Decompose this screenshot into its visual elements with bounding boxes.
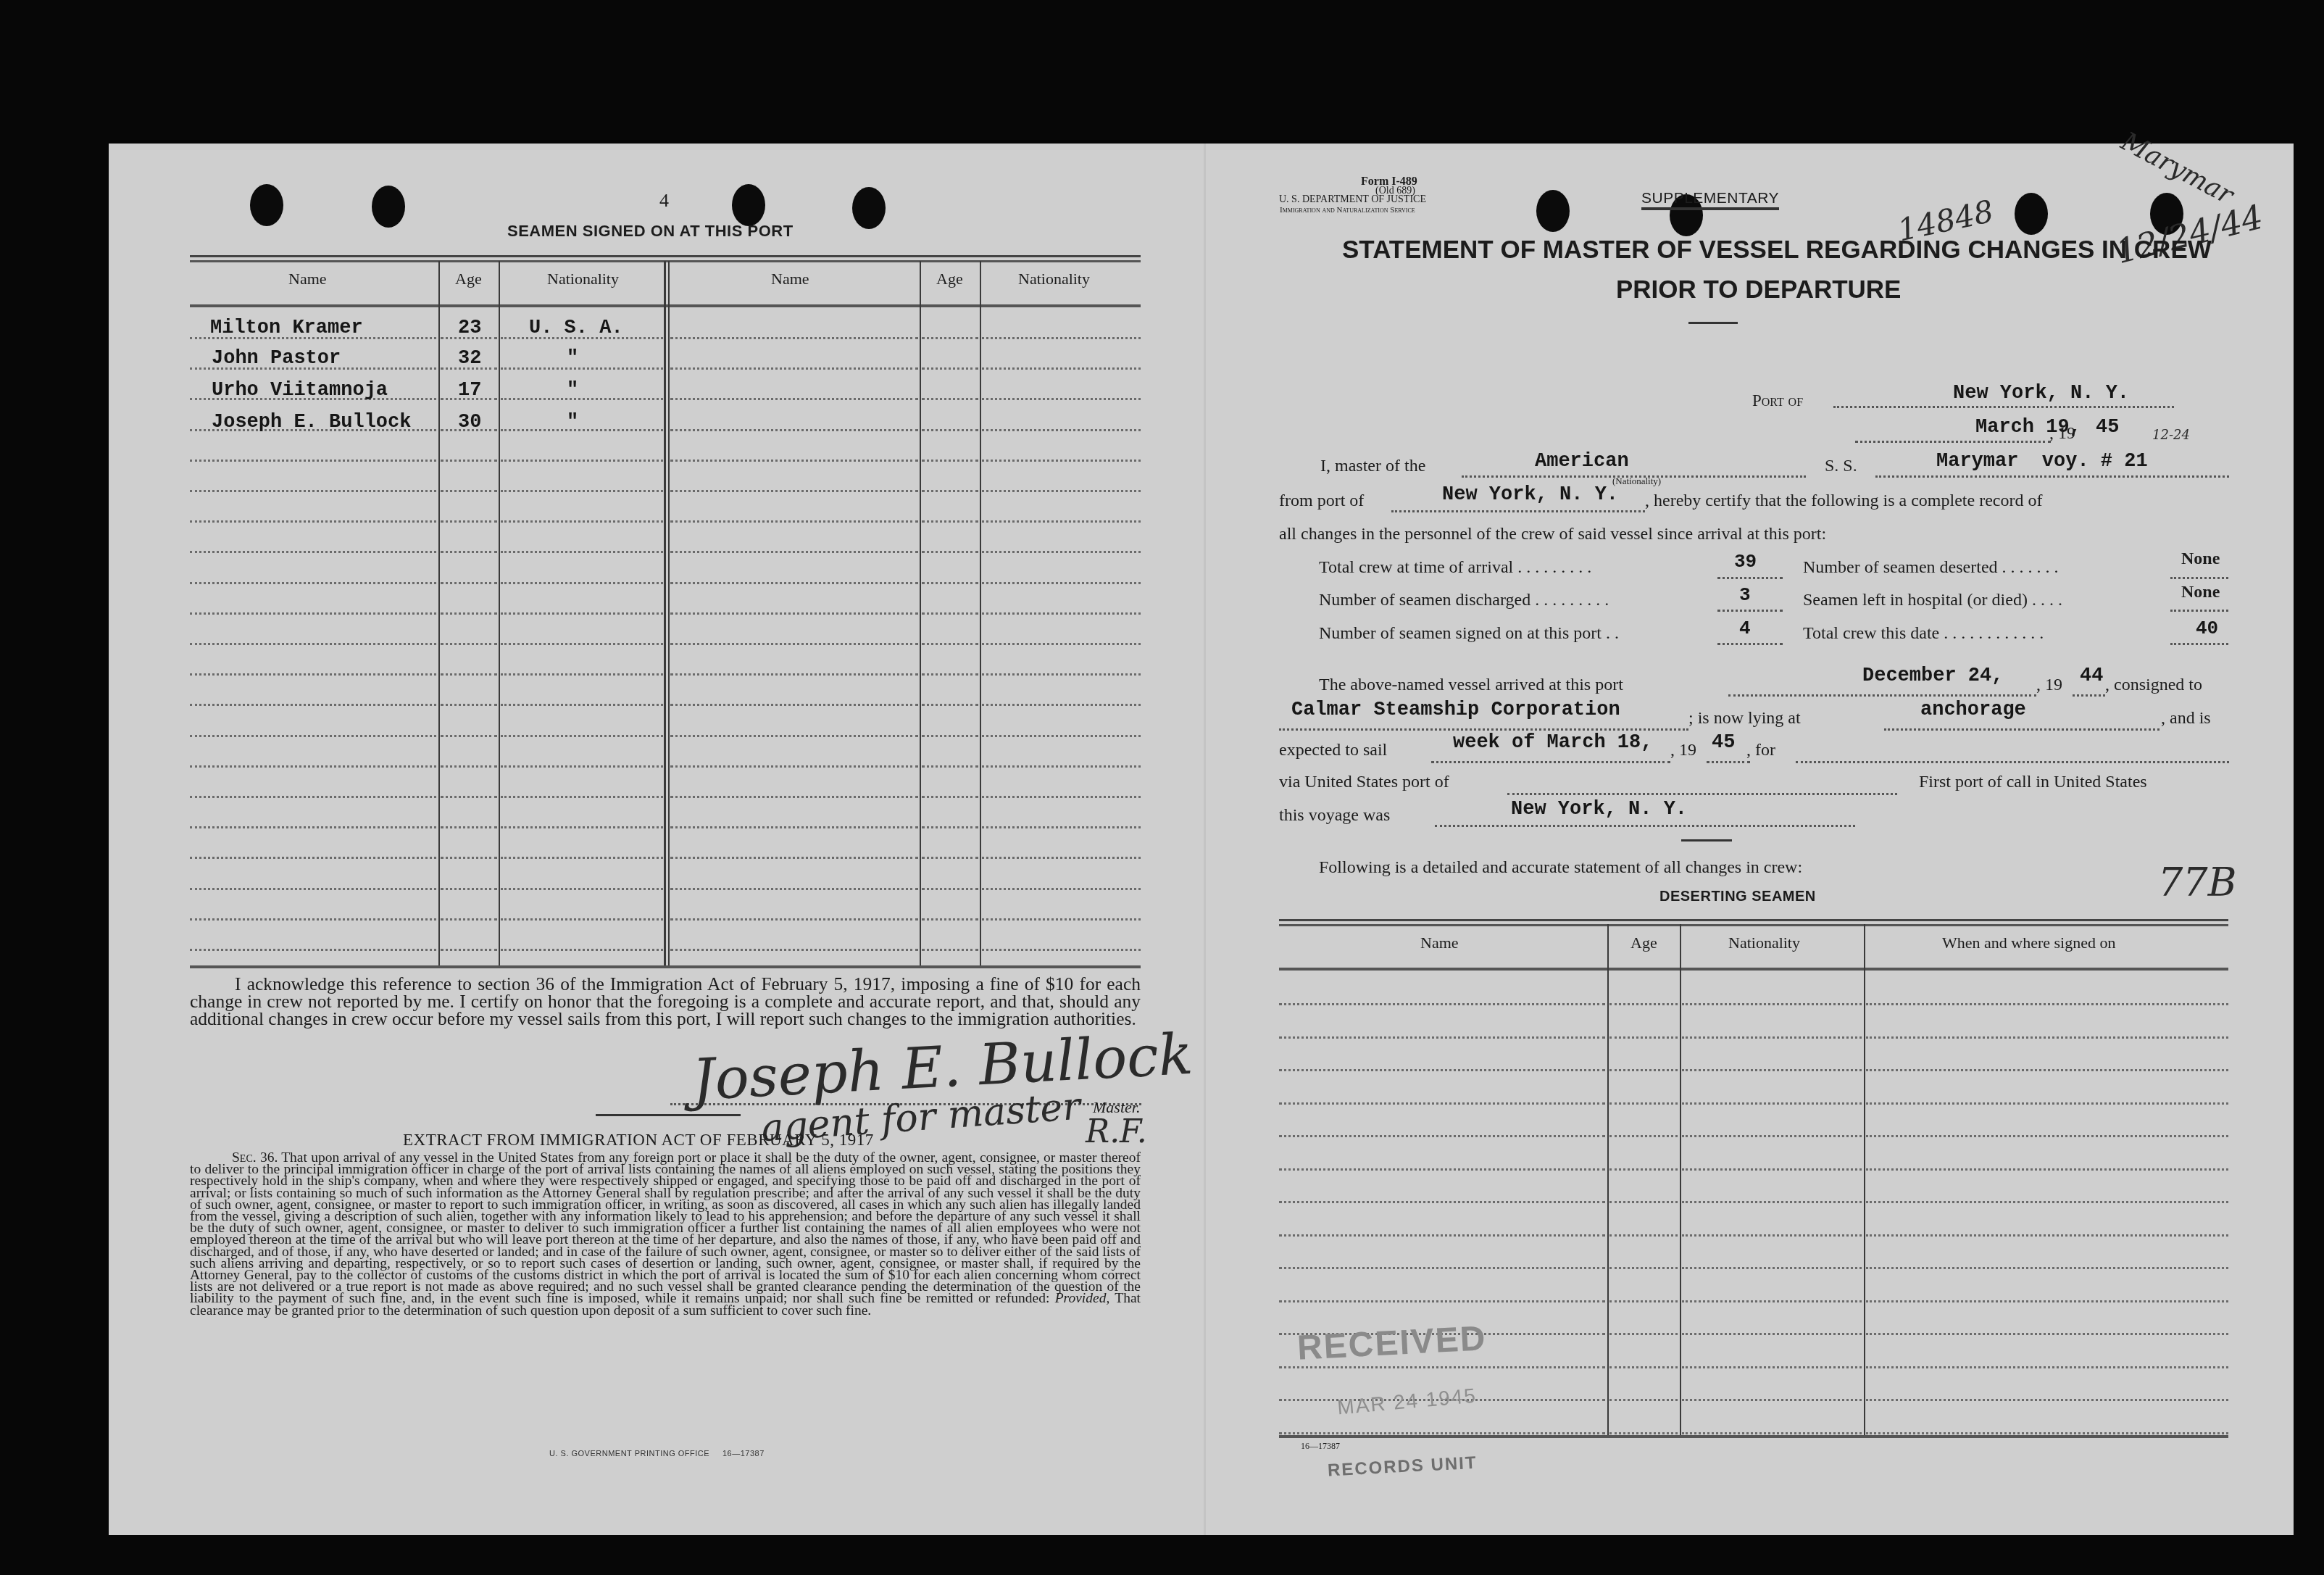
row-rule <box>1682 1366 1862 1368</box>
row-rule <box>922 735 978 737</box>
supplementary-label: SUPPLEMENTARY <box>1641 190 1779 210</box>
row-rule <box>922 337 978 339</box>
extract-text: Sec. 36. That upon arrival of any vessel… <box>190 1152 1141 1317</box>
punch-hole <box>372 186 405 228</box>
row-rule <box>982 704 1141 706</box>
row-rule <box>1866 1300 2228 1302</box>
row-rule <box>501 796 663 798</box>
row-rule <box>441 735 497 737</box>
row-rule <box>501 582 663 584</box>
row-rule <box>1609 1432 1678 1434</box>
table-bottom-rule <box>190 965 1141 968</box>
row-rule <box>982 520 1141 523</box>
row-rule <box>982 826 1141 828</box>
port-label: Port of <box>1752 391 1803 410</box>
row-rule <box>670 551 918 553</box>
row-rule <box>190 888 436 890</box>
column-divider <box>668 261 670 965</box>
year-prefix: , 19 <box>2049 424 2075 444</box>
stat-label-deserted: Number of seamen deserted . . . . . . . <box>1803 558 2059 578</box>
row-rule <box>1609 1168 1678 1171</box>
row-rule <box>441 582 497 584</box>
row-rule <box>441 796 497 798</box>
acknowledgement-text: I acknowledge this reference to section … <box>190 976 1141 1028</box>
row-rule <box>1866 1201 2228 1203</box>
seaman-age: 17 <box>458 380 481 402</box>
row-rule <box>501 643 663 645</box>
row-rule <box>1609 1003 1678 1005</box>
and-is-label: , and is <box>2161 709 2211 728</box>
stat-label-hospital: Seamen left in hospital (or died) . . . … <box>1803 591 2062 610</box>
row-rule <box>190 612 436 615</box>
voyage-label: this voyage was <box>1279 806 1390 826</box>
column-divider <box>920 261 921 965</box>
row-rule <box>501 551 663 553</box>
deserting-table-header-rule <box>1279 968 2228 971</box>
row-rule <box>670 673 918 676</box>
row-rule <box>190 460 436 462</box>
signature-initials: R.F. <box>1086 1113 1147 1150</box>
row-rule <box>982 673 1141 676</box>
row-rule <box>922 765 978 768</box>
row-rule <box>501 826 663 828</box>
deserting-col-signed-on: When and where signed on <box>1942 934 2115 952</box>
row-rule <box>1682 1399 1862 1401</box>
row-rule <box>1609 1333 1678 1335</box>
row-rule <box>1682 1003 1862 1005</box>
row-rule <box>922 673 978 676</box>
row-rule <box>441 704 497 706</box>
document-paper <box>109 144 2294 1535</box>
row-rule <box>1609 1399 1678 1401</box>
row-rule <box>441 765 497 768</box>
row-rule <box>1279 1069 1605 1071</box>
row-rule <box>922 918 978 921</box>
row-rule <box>441 551 497 553</box>
following-text: Following is a detailed and accurate sta… <box>1319 858 1802 878</box>
department: U. S. DEPARTMENT OF JUSTICE <box>1279 194 1426 206</box>
row-rule <box>501 888 663 890</box>
stat-label-signed-on: Number of seamen signed on at this port … <box>1319 624 1619 644</box>
nationality-field <box>1462 455 1806 478</box>
row-rule <box>922 857 978 859</box>
row-rule <box>1279 1267 1605 1269</box>
row-rule <box>982 888 1141 890</box>
printer-line: U. S. GOVERNMENT PRINTING OFFICE 16—1738… <box>549 1450 765 1458</box>
vessel-value: Marymar voy. # 21 <box>1936 451 2148 473</box>
row-rule <box>1866 1333 2228 1335</box>
row-rule <box>982 460 1141 462</box>
row-rule <box>1682 1135 1862 1137</box>
port-value: New York, N. Y. <box>1953 383 2129 404</box>
row-rule <box>1866 1135 2228 1137</box>
row-rule <box>441 490 497 492</box>
row-rule <box>922 582 978 584</box>
row-rule <box>982 337 1141 339</box>
row-rule <box>1682 1333 1862 1335</box>
col-header-age: Age <box>455 270 482 288</box>
sail-value: week of March 18, <box>1453 732 1652 754</box>
row-rule <box>670 857 918 859</box>
column-divider <box>664 261 666 965</box>
row-rule <box>190 735 436 737</box>
arrived-label: The above-named vessel arrived at this p… <box>1319 676 1623 695</box>
row-rule <box>1279 1135 1605 1137</box>
lying-value: anchorage <box>1920 699 2026 721</box>
row-rule <box>441 460 497 462</box>
row-rule <box>441 520 497 523</box>
row-rule <box>190 704 436 706</box>
row-rule <box>1609 1234 1678 1237</box>
row-rule <box>441 826 497 828</box>
sail-year-prefix: , 19 <box>1670 741 1696 760</box>
row-rule <box>1279 1201 1605 1203</box>
from-port-label: from port of <box>1279 491 1364 511</box>
seaman-age: 30 <box>458 412 481 433</box>
row-rule <box>670 490 918 492</box>
via-label: via United States port of <box>1279 773 1449 792</box>
row-rule <box>190 857 436 859</box>
row-rule <box>670 337 918 339</box>
row-rule <box>501 367 663 370</box>
row-rule <box>501 490 663 492</box>
row-rule <box>501 520 663 523</box>
sail-year: 45 <box>1712 732 1735 754</box>
row-rule <box>190 949 436 951</box>
row-rule <box>982 490 1141 492</box>
row-rule <box>922 551 978 553</box>
extract-title: EXTRACT FROM IMMIGRATION ACT OF FEBRUARY… <box>403 1131 874 1150</box>
col-header-name-2: Name <box>771 270 809 288</box>
row-rule <box>670 796 918 798</box>
row-rule <box>501 704 663 706</box>
row-rule <box>501 398 663 400</box>
punch-hole <box>1536 190 1570 232</box>
row-rule <box>922 888 978 890</box>
extract-provided: Provided, <box>1055 1291 1110 1306</box>
row-rule <box>501 429 663 431</box>
row-rule <box>922 460 978 462</box>
title-rule <box>1688 322 1738 324</box>
row-rule <box>1682 1201 1862 1203</box>
punch-hole <box>250 184 283 226</box>
row-rule <box>1279 1234 1605 1237</box>
date-margin-note: 12-24 <box>2152 428 2190 443</box>
section-rule <box>1681 839 1732 841</box>
row-rule <box>670 520 918 523</box>
row-rule <box>982 765 1141 768</box>
row-rule <box>982 367 1141 370</box>
row-rule <box>922 429 978 431</box>
row-rule <box>982 949 1141 951</box>
deserting-col-name: Name <box>1420 934 1459 952</box>
row-rule <box>501 460 663 462</box>
consignee-value: Calmar Steamship Corporation <box>1291 699 1620 721</box>
row-rule <box>501 673 663 676</box>
row-rule <box>670 949 918 951</box>
column-divider <box>980 261 981 965</box>
row-rule <box>501 612 663 615</box>
service: Immigration and Naturalization Service <box>1280 206 1415 215</box>
row-rule <box>190 918 436 921</box>
handwritten-code: 77B <box>2158 860 2236 905</box>
row-rule <box>922 796 978 798</box>
row-rule <box>1609 1036 1678 1039</box>
row-rule <box>982 796 1141 798</box>
master-of-label: I, master of the <box>1320 457 1425 476</box>
column-divider <box>1680 924 1681 1435</box>
row-rule <box>1866 1366 2228 1368</box>
stat-value-discharged: 3 <box>1739 584 1751 606</box>
row-rule <box>1866 1102 2228 1105</box>
row-rule <box>670 460 918 462</box>
row-rule <box>1279 1432 1605 1434</box>
row-rule <box>670 765 918 768</box>
row-rule <box>922 612 978 615</box>
page-fold <box>1204 144 1206 1535</box>
punch-hole <box>852 187 886 229</box>
row-rule <box>1866 1036 2228 1039</box>
row-rule <box>982 918 1141 921</box>
row-rule <box>1279 1300 1605 1302</box>
row-rule <box>1609 1201 1678 1203</box>
stat-value-total: 40 <box>2196 618 2218 639</box>
stat-value-deserted: None <box>2181 549 2220 569</box>
row-rule <box>1609 1267 1678 1269</box>
master-label: Master. <box>1093 1098 1140 1117</box>
arrived-year-prefix: , 19 <box>2036 676 2062 695</box>
ss-label: S. S. <box>1825 457 1857 476</box>
form-title-line1: STATEMENT OF MASTER OF VESSEL REGARDING … <box>1342 236 2212 265</box>
column-divider <box>1864 924 1865 1435</box>
row-rule <box>1279 1168 1605 1171</box>
row-rule <box>1682 1300 1862 1302</box>
punch-hole <box>2015 193 2048 235</box>
row-rule <box>441 888 497 890</box>
stat-value-arrival: 39 <box>1734 551 1757 573</box>
row-rule <box>1682 1168 1862 1171</box>
row-rule <box>1279 1102 1605 1105</box>
row-rule <box>922 520 978 523</box>
divider <box>596 1114 741 1116</box>
deserting-table-bottom-rule <box>1279 1435 2228 1438</box>
voyage-value: New York, N. Y. <box>1511 799 1687 820</box>
stat-value-signed-on: 4 <box>1739 618 1751 639</box>
page-number: 4 <box>659 190 669 212</box>
consigned-label: , consigned to <box>2105 676 2202 695</box>
row-rule <box>1609 1366 1678 1368</box>
row-rule <box>670 398 918 400</box>
row-rule <box>501 918 663 921</box>
col-header-age-2: Age <box>936 270 963 288</box>
seaman-name: John Pastor <box>212 348 341 370</box>
seaman-nationality: " <box>567 412 578 433</box>
section-title-signed-on: SEAMEN SIGNED ON AT THIS PORT <box>507 222 794 241</box>
row-rule <box>1866 1234 2228 1237</box>
row-rule <box>1609 1300 1678 1302</box>
row-rule <box>190 643 436 645</box>
row-rule <box>922 398 978 400</box>
form-code: 16—17387 <box>1301 1441 1340 1452</box>
row-rule <box>441 949 497 951</box>
col-header-name: Name <box>288 270 327 288</box>
seaman-age: 32 <box>458 348 481 370</box>
row-rule <box>501 949 663 951</box>
row-rule <box>1682 1432 1862 1434</box>
row-rule <box>670 918 918 921</box>
row-rule <box>922 367 978 370</box>
deserting-col-nationality: Nationality <box>1728 934 1800 952</box>
row-rule <box>670 735 918 737</box>
row-rule <box>190 551 436 553</box>
stat-label-arrival: Total crew at time of arrival . . . . . … <box>1319 558 1591 578</box>
row-rule <box>982 857 1141 859</box>
row-rule <box>982 429 1141 431</box>
row-rule <box>982 612 1141 615</box>
row-rule <box>1682 1267 1862 1269</box>
lying-label: ; is now lying at <box>1688 709 1801 728</box>
row-rule <box>670 367 918 370</box>
row-rule <box>1609 1102 1678 1105</box>
row-rule <box>1609 1069 1678 1071</box>
punch-hole <box>732 184 765 226</box>
arrived-year: 44 <box>2080 665 2103 687</box>
row-rule <box>1866 1432 2228 1434</box>
row-rule <box>441 643 497 645</box>
first-port-label: First port of call in United States <box>1919 773 2147 792</box>
row-rule <box>1682 1234 1862 1237</box>
row-rule <box>1866 1069 2228 1071</box>
row-rule <box>1682 1102 1862 1105</box>
year-value: 45 <box>2096 417 2119 439</box>
row-rule <box>922 704 978 706</box>
row-rule <box>190 826 436 828</box>
row-rule <box>501 765 663 768</box>
row-rule <box>670 704 918 706</box>
form-title-line2: PRIOR TO DEPARTURE <box>1616 275 1901 304</box>
nationality-value: American <box>1535 451 1629 473</box>
seaman-nationality: " <box>567 348 578 370</box>
deserting-col-age: Age <box>1630 934 1657 952</box>
seaman-name: Joseph E. Bullock <box>212 412 411 433</box>
from-port-value: New York, N. Y. <box>1442 484 1618 506</box>
certify-text-2: all changes in the personnel of the crew… <box>1279 525 1826 544</box>
row-rule <box>1279 1003 1605 1005</box>
deserting-table-top-rule <box>1279 919 2228 926</box>
row-rule <box>1866 1003 2228 1005</box>
row-rule <box>982 582 1141 584</box>
deserting-title: DESERTING SEAMEN <box>1659 889 1816 905</box>
row-rule <box>190 520 436 523</box>
row-rule <box>922 949 978 951</box>
stat-label-total: Total crew this date . . . . . . . . . .… <box>1803 624 2044 644</box>
row-rule <box>1866 1267 2228 1269</box>
row-rule <box>1609 1135 1678 1137</box>
col-header-nationality: Nationality <box>547 270 619 288</box>
row-rule <box>982 398 1141 400</box>
row-rule <box>190 582 436 584</box>
row-rule <box>670 826 918 828</box>
arrived-value: December 24, <box>1862 665 2003 687</box>
seaman-age: 23 <box>458 317 481 339</box>
row-rule <box>190 673 436 676</box>
destination-field[interactable] <box>1796 739 2229 763</box>
row-rule <box>670 888 918 890</box>
row-rule <box>670 582 918 584</box>
row-rule <box>1866 1399 2228 1401</box>
row-rule <box>441 918 497 921</box>
certify-text: , hereby certify that the following is a… <box>1645 491 2042 511</box>
row-rule <box>441 612 497 615</box>
row-rule <box>1682 1069 1862 1071</box>
nationality-caption: (Nationality) <box>1612 475 1661 487</box>
col-header-nationality-2: Nationality <box>1018 270 1090 288</box>
row-rule <box>501 857 663 859</box>
sail-label: expected to sail <box>1279 741 1387 760</box>
seaman-nationality: U. S. A. <box>529 317 623 339</box>
row-rule <box>922 826 978 828</box>
row-rule <box>670 643 918 645</box>
row-rule <box>501 735 663 737</box>
row-rule <box>441 857 497 859</box>
via-port-field[interactable] <box>1507 773 1897 795</box>
row-rule <box>1682 1036 1862 1039</box>
row-rule <box>982 643 1141 645</box>
extract-body: That upon arrival of any vessel in the U… <box>190 1150 1141 1306</box>
column-divider <box>1607 924 1609 1435</box>
row-rule <box>670 429 918 431</box>
seaman-name: Urho Viitamnoja <box>212 380 388 402</box>
row-rule <box>1279 1036 1605 1039</box>
row-rule <box>190 765 436 768</box>
column-divider <box>499 261 500 965</box>
row-rule <box>1866 1168 2228 1171</box>
stat-label-discharged: Number of seamen discharged . . . . . . … <box>1319 591 1609 610</box>
column-divider <box>438 261 440 965</box>
row-rule <box>190 490 436 492</box>
row-rule <box>922 490 978 492</box>
row-rule <box>982 551 1141 553</box>
stat-value-hospital: None <box>2181 583 2220 602</box>
row-rule <box>190 796 436 798</box>
row-rule <box>982 735 1141 737</box>
seaman-name: Milton Kramer <box>210 317 363 339</box>
seaman-nationality: " <box>567 380 578 402</box>
row-rule <box>670 612 918 615</box>
for-label: , for <box>1746 741 1775 760</box>
row-rule <box>922 643 978 645</box>
row-rule <box>441 673 497 676</box>
